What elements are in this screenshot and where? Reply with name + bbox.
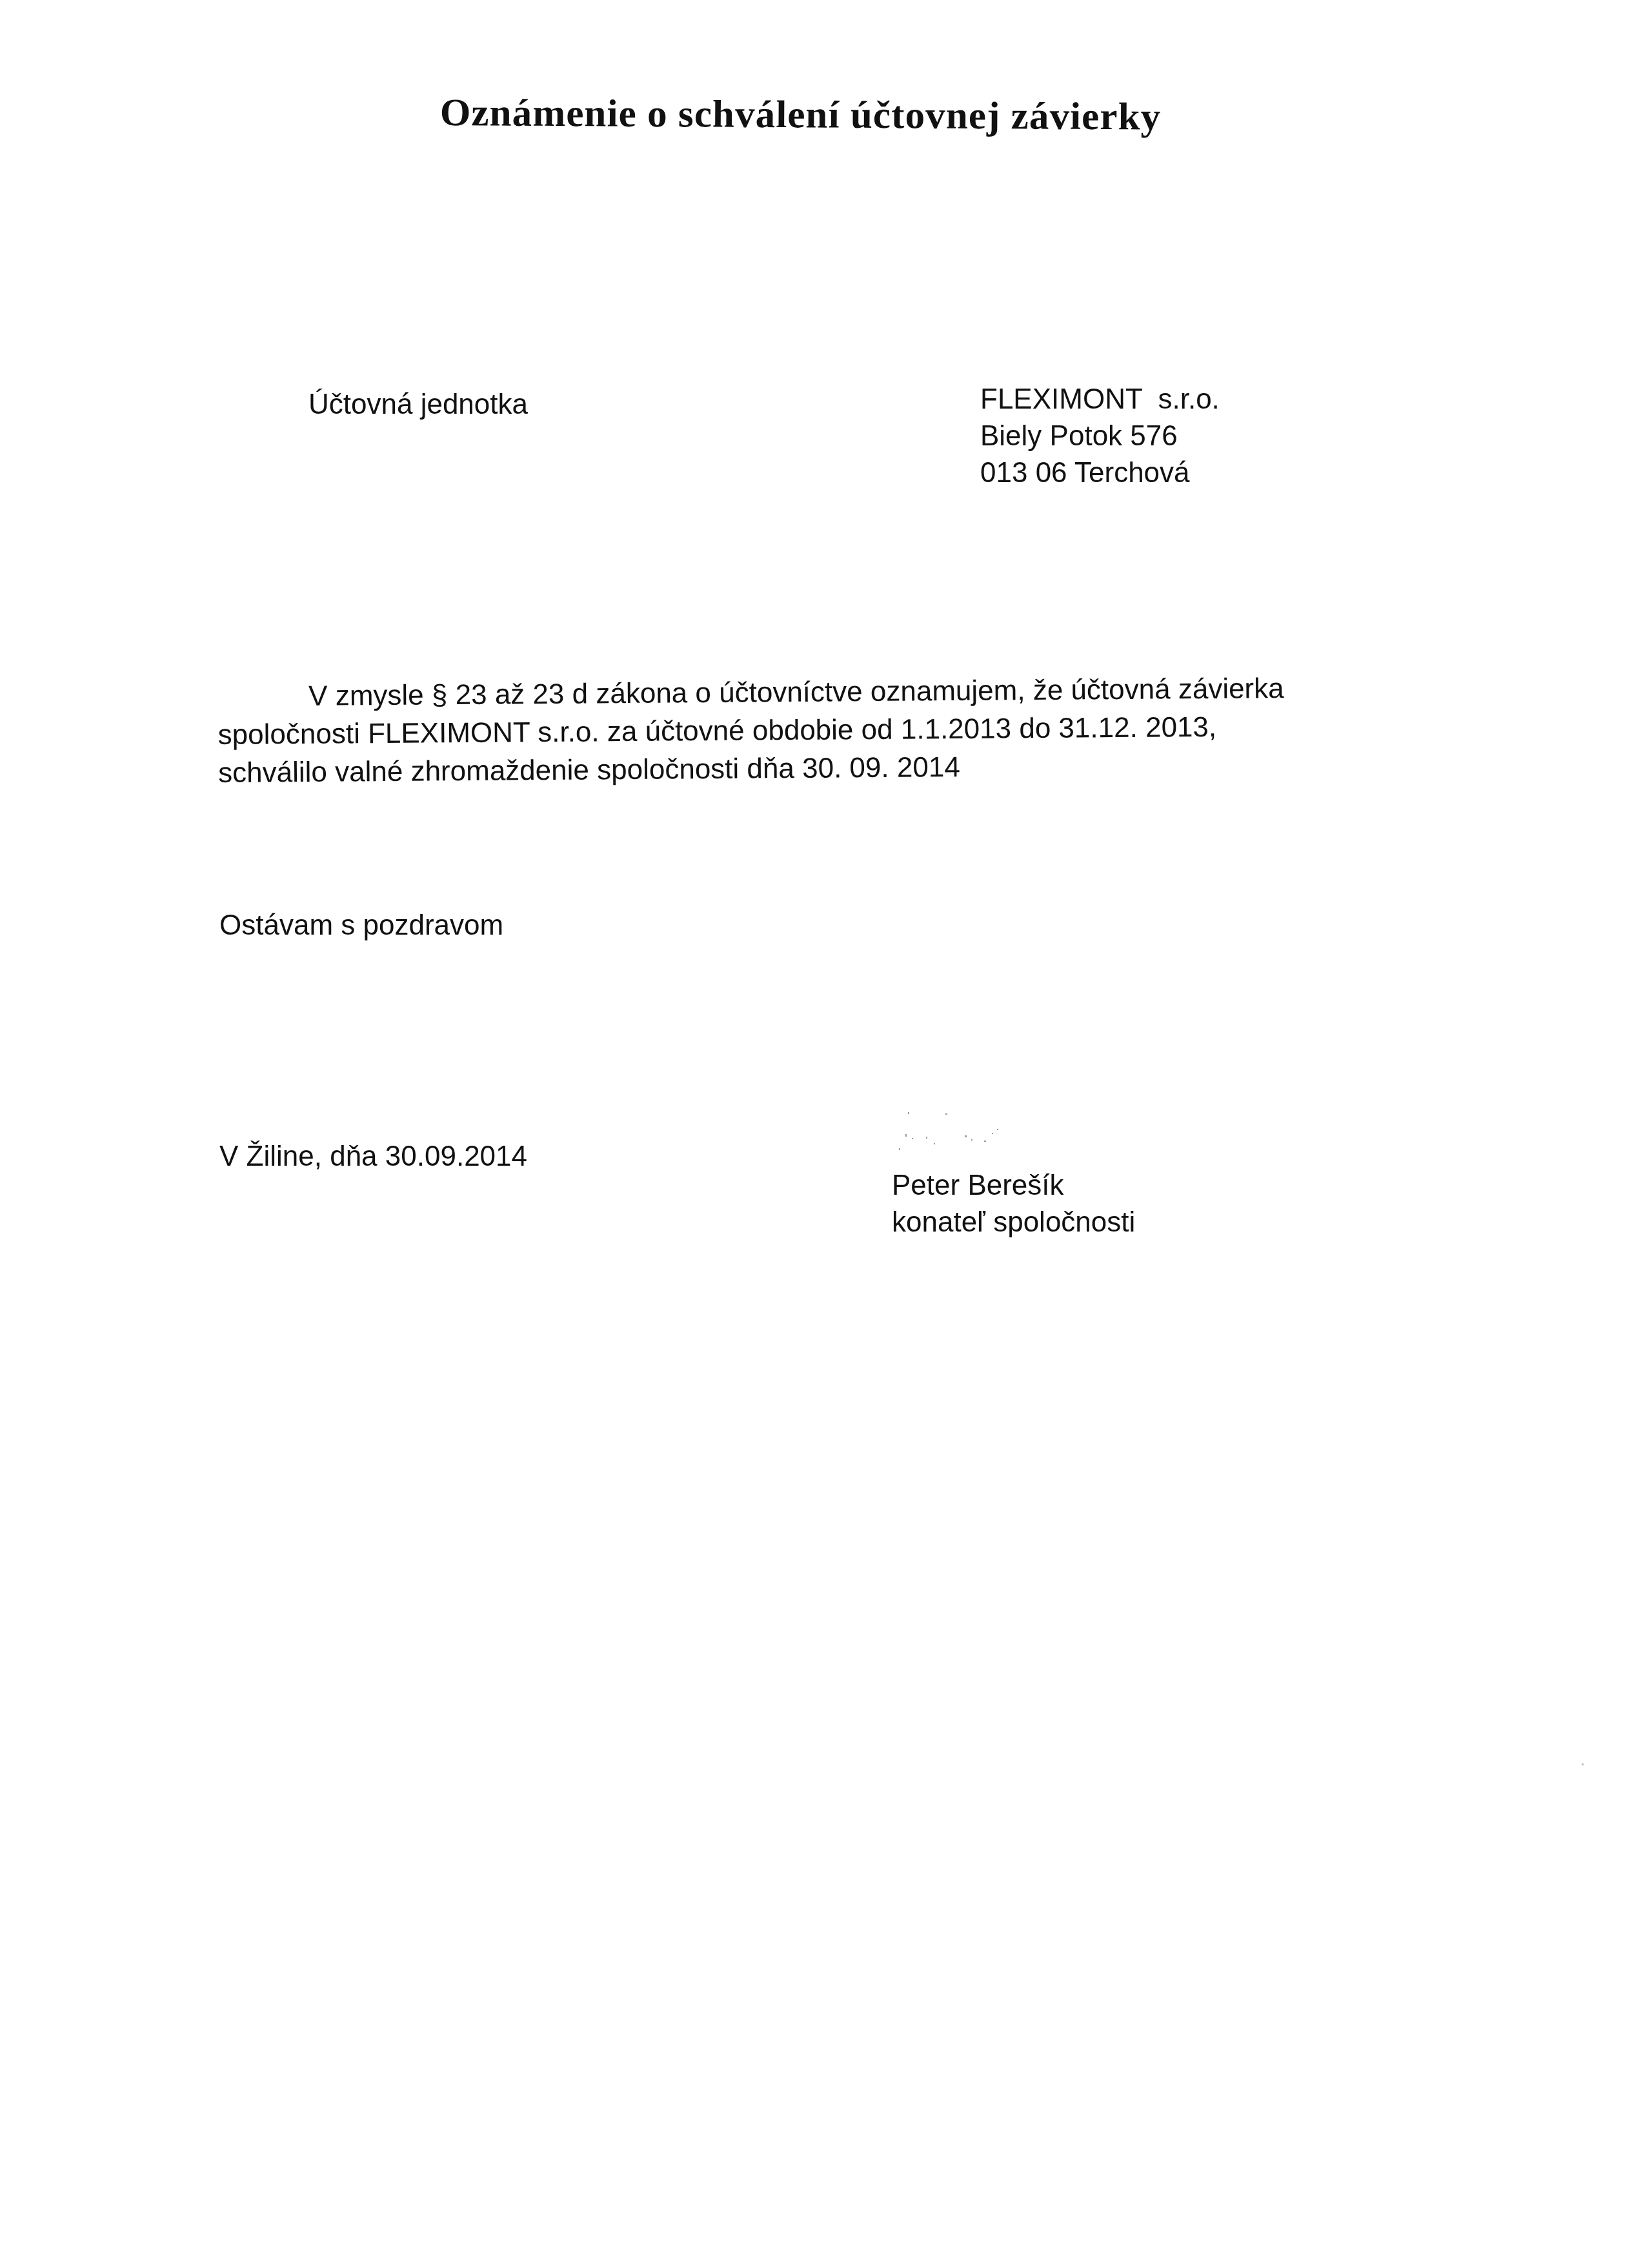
company-city: 013 06 Terchová xyxy=(980,454,1220,491)
notice-body: V zmysle § 23 až 23 d zákona o účtovníct… xyxy=(217,669,1285,792)
signature-mark-icon xyxy=(894,1107,1062,1152)
company-street: Biely Potok 576 xyxy=(980,418,1220,454)
signer-name: Peter Berešík xyxy=(892,1167,1135,1204)
document-page: Oznámenie o schválení účtovnej závierky … xyxy=(0,0,1652,2263)
body-line: schválilo valné zhromaždenie spoločnosti… xyxy=(218,746,1285,792)
closing-greeting: Ostávam s pozdravom xyxy=(219,907,503,944)
scan-speck xyxy=(1582,1763,1584,1765)
company-address-block: FLEXIMONT s.r.o. Biely Potok 576 013 06 … xyxy=(980,381,1220,491)
company-name: FLEXIMONT s.r.o. xyxy=(980,381,1220,418)
accounting-unit-label: Účtovná jednotka xyxy=(308,386,528,423)
place-and-date: V Žiline, dňa 30.09.2014 xyxy=(219,1138,527,1175)
signer-role: konateľ spoločnosti xyxy=(892,1204,1135,1241)
signer-block: Peter Berešík konateľ spoločnosti xyxy=(892,1167,1135,1241)
document-title: Oznámenie o schválení účtovnej závierky xyxy=(440,90,1296,140)
